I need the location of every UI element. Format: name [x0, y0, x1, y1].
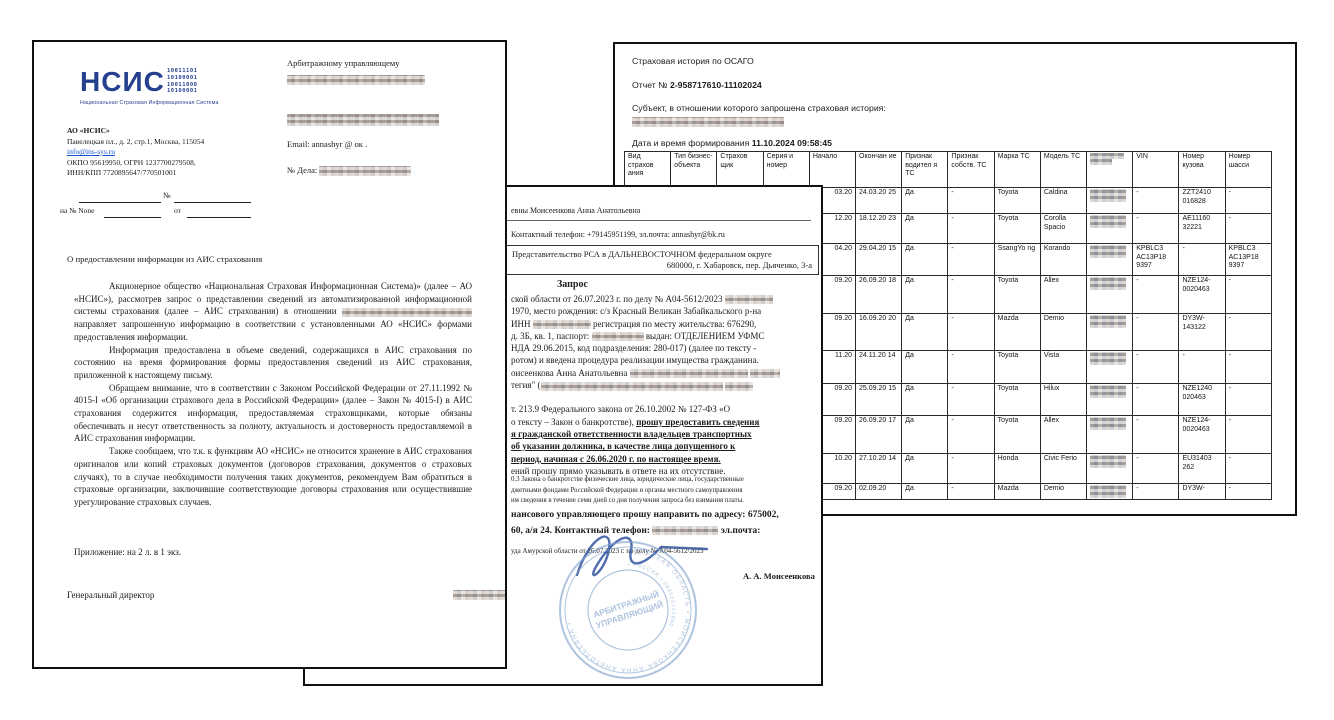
table-header-cell — [1087, 152, 1133, 188]
recipient-line1: Арбитражному управляющему — [287, 57, 400, 69]
table-header-cell: Вид страхов ания — [625, 152, 671, 188]
table-cell: Да — [902, 384, 948, 416]
table-cell: 29.04.20 15 — [856, 244, 902, 276]
table-cell: Honda — [994, 454, 1040, 484]
report-number-label: Отчет № — [632, 80, 668, 90]
letter-paragraph: Акционерное общество «Национальная Страх… — [74, 280, 472, 344]
text-segment: эл.почта: — [718, 526, 760, 536]
table-cell: 18.12.20 23 — [856, 214, 902, 244]
table-cell — [1087, 314, 1133, 351]
redacted-cell-content — [1090, 455, 1126, 468]
table-cell: - — [1133, 454, 1179, 484]
table-header-cell: Марка ТС — [994, 152, 1040, 188]
case-label: № Дела: — [287, 165, 317, 175]
arbitration-manager-stamp: АМУРСКАЯ ОБЛАСТЬ • МОИСЕЕНКОВА АННА АНАТ… — [555, 537, 701, 683]
rsa-office-line1: Представительство РСА в ДАЛЬНЕВОСТОЧНОМ … — [512, 249, 812, 260]
letter-paragraph: Информация предоставлена в объеме сведен… — [74, 344, 472, 382]
table-cell: Korando — [1040, 244, 1086, 276]
table-cell: Toyota — [994, 188, 1040, 214]
table-cell: 24.03.20 25 — [856, 188, 902, 214]
logo-binary-row: 10011101 — [167, 68, 198, 75]
table-cell: 26.09.20 17 — [856, 416, 902, 454]
table-header-cell: Признак водител я ТС — [902, 152, 948, 188]
logo-binary-row: 10100001 — [167, 88, 198, 95]
redacted-text — [750, 369, 780, 378]
request-line: ИНН регистрация по месту жительства: 676… — [511, 318, 780, 330]
table-cell — [1087, 214, 1133, 244]
request-line: тегия" ( — [511, 379, 780, 391]
ref-blank-line — [187, 216, 251, 218]
text-segment: ской области от 26.07.2023 г. по делу № … — [511, 294, 725, 304]
table-cell: NZE124-0020463 — [1179, 276, 1225, 314]
ref-ot-label: от — [174, 206, 181, 215]
table-cell: Toyota — [994, 214, 1040, 244]
redacted-text — [342, 308, 472, 317]
table-cell: Mazda — [994, 314, 1040, 351]
table-cell: EU31403 262 — [1179, 454, 1225, 484]
table-cell: - — [1225, 351, 1271, 384]
table-cell: KPBLC3 AC13P18 9397 — [1133, 244, 1179, 276]
table-cell — [1087, 188, 1133, 214]
text-segment: Также сообщаем, что т.к. к функциям АО «… — [74, 446, 472, 507]
redacted-cell-content — [1090, 245, 1126, 258]
request-fine-line: им сведения в течение семи дней со дня п… — [511, 496, 744, 507]
table-header-cell: Признак собств. ТС — [948, 152, 994, 188]
letter-body: Акционерное общество «Национальная Страх… — [74, 280, 472, 509]
table-cell — [1087, 384, 1133, 416]
table-cell: - — [1225, 454, 1271, 484]
signatory-row: Генеральный директор — [67, 590, 507, 600]
table-cell: DY3W-143122 — [1179, 314, 1225, 351]
report-generated-line: Дата и время формирования 11.10.2024 09:… — [632, 138, 832, 148]
request-line: 1970, место рождения: с/з Красный Велика… — [511, 305, 780, 317]
table-cell: Toyota — [994, 351, 1040, 384]
text-segment: регистрация по месту жительства: 676290, — [591, 319, 756, 329]
redacted-cell-content — [1090, 189, 1126, 202]
table-cell: NZE124-0020463 — [1179, 416, 1225, 454]
table-cell: - — [1225, 384, 1271, 416]
table-cell: Да — [902, 214, 948, 244]
table-cell: - — [948, 384, 994, 416]
ref-blank-line — [79, 201, 161, 203]
table-cell: Toyota — [994, 276, 1040, 314]
request-line: об указании должника, в качестве лица до… — [511, 440, 780, 452]
text-segment: я гражданской ответственности владельцев… — [511, 429, 752, 439]
redacted-signatory-name — [453, 590, 507, 600]
redacted-cell-content — [1090, 385, 1126, 398]
table-cell: - — [1133, 276, 1179, 314]
letter-subject: О предоставлении информации из АИС страх… — [67, 254, 262, 264]
table-cell: - — [1179, 351, 1225, 384]
text-segment: прошу предоставить сведения — [636, 417, 759, 427]
sender-details: АО «НСИС» Павелецкая пл., д. 2, стр.1, М… — [67, 126, 204, 179]
table-cell — [1087, 484, 1133, 500]
table-cell — [1087, 416, 1133, 454]
table-cell: Да — [902, 314, 948, 351]
redacted-recipient-detail — [287, 114, 439, 126]
table-cell — [1087, 244, 1133, 276]
report-number-value: 2-958717610-11102024 — [670, 80, 762, 90]
table-cell: 25.09.20 15 — [856, 384, 902, 416]
text-segment: направляет запрошенную информацию в соот… — [74, 319, 472, 342]
request-line: я гражданской ответственности владельцев… — [511, 428, 780, 440]
request-line: т. 213.9 Федерального закона от 26.10.20… — [511, 403, 780, 415]
table-cell: - — [948, 454, 994, 484]
table-cell: Да — [902, 244, 948, 276]
table-cell: KPBLC3 AC13P18 9397 — [1225, 244, 1271, 276]
ref-na-no-label: на № None — [60, 206, 95, 215]
table-cell: - — [1133, 384, 1179, 416]
text-segment: нансового управляющего прошу направить п… — [511, 510, 779, 520]
table-cell: - — [948, 314, 994, 351]
table-header-cell: Тип бизнес-объекта — [671, 152, 717, 188]
report-subject-label: Субъект, в отношении которого запрошена … — [632, 103, 886, 113]
sender-address: Павелецкая пл., д. 2, стр.1, Москва, 115… — [67, 137, 204, 148]
table-cell: - — [1133, 416, 1179, 454]
report-title: Страховая история по ОСАГО — [632, 56, 754, 66]
report-generated-value: 11.10.2024 09:58:45 — [752, 138, 832, 148]
table-cell: - — [1225, 484, 1271, 500]
redacted-text — [630, 369, 748, 378]
redacted-text — [725, 295, 773, 304]
ref-blank-line — [174, 201, 251, 203]
redacted-subject-name — [632, 117, 784, 127]
table-header-cell: Страхов щик — [717, 152, 763, 188]
request-line: НДА 29.06.2015, код подразделения: 280-0… — [511, 342, 780, 354]
text-segment: Информация предоставлена в объеме сведен… — [74, 345, 472, 380]
rsa-office-box: Представительство РСА в ДАЛЬНЕВОСТОЧНОМ … — [505, 245, 819, 275]
table-cell: - — [1225, 314, 1271, 351]
text-segment: Обращаем внимание, что в соответствии с … — [74, 383, 472, 444]
table-cell: Да — [902, 276, 948, 314]
table-cell — [1087, 351, 1133, 384]
sender-okpo-ogrn: ОКПО 95619950, ОГРН 1237700279508, — [67, 158, 204, 169]
redacted-cell-content — [1090, 352, 1126, 365]
redacted-text — [541, 382, 723, 391]
ref-blank-line — [104, 216, 161, 218]
table-cell: SsangYo ng — [994, 244, 1040, 276]
request-line: оисеенкова Анна Анатольевна — [511, 367, 780, 379]
table-header-cell: Начало — [809, 152, 855, 188]
table-cell: - — [1225, 416, 1271, 454]
table-header-cell: Окончан ие — [856, 152, 902, 188]
request-line: ской области от 26.07.2023 г. по делу № … — [511, 293, 780, 305]
table-cell: Да — [902, 484, 948, 500]
redacted-cell-content — [1090, 215, 1126, 228]
text-segment: ротом) и введена процедура реализации им… — [511, 355, 759, 365]
redacted-cell-content — [1090, 315, 1126, 328]
table-cell: Mazda — [994, 484, 1040, 500]
table-cell: Allex — [1040, 416, 1086, 454]
sender-org: АО «НСИС» — [67, 126, 204, 137]
table-cell: Hilux — [1040, 384, 1086, 416]
table-cell: - — [948, 416, 994, 454]
recipient-email: Email: annashyr @ ок . — [287, 138, 367, 150]
table-cell: - — [1133, 214, 1179, 244]
text-segment: д. 3Б, кв. 1, паспорт: — [511, 331, 592, 341]
table-cell: - — [1133, 351, 1179, 384]
table-cell: Да — [902, 351, 948, 384]
table-cell: Demio — [1040, 484, 1086, 500]
page-nsis-letter: НСИС 10011101101000011001100010100001 На… — [32, 40, 507, 669]
report-generated-label: Дата и время формирования — [632, 138, 749, 148]
table-header-cell: Серия и номер — [763, 152, 809, 188]
table-header-cell: Номер шасси — [1225, 152, 1271, 188]
text-segment: НДА 29.06.2015, код подразделения: 280-0… — [511, 343, 756, 353]
table-cell: - — [948, 351, 994, 384]
table-cell: Да — [902, 454, 948, 484]
table-cell — [1087, 276, 1133, 314]
table-cell: - — [948, 484, 994, 500]
request-fine-line: джетными фондами Российской Федерации и … — [511, 486, 744, 497]
sender-email-link[interactable]: info@ins-sys.ru — [67, 147, 204, 158]
request-fine-print: 0.3 Закона о банкротстве физические лица… — [511, 475, 744, 507]
nsis-logo-tagline: Национальная Страховая Информационная Си… — [80, 100, 219, 106]
documents-screenshot: Страховая история по ОСАГО Отчет № 2-958… — [0, 0, 1334, 720]
table-cell: - — [948, 276, 994, 314]
table-cell: DY3W- — [1179, 484, 1225, 500]
table-cell: - — [1225, 276, 1271, 314]
request-line: ротом) и введена процедура реализации им… — [511, 354, 780, 366]
ref-no-label: № — [163, 191, 171, 200]
table-cell: - — [948, 188, 994, 214]
table-cell: - — [1133, 484, 1179, 500]
rsa-office-line2: 680000, г. Хабаровск, пер. Дьяченко, 3-а — [512, 260, 812, 271]
redacted-case-number — [319, 166, 411, 176]
redacted-recipient-name — [287, 75, 425, 85]
table-header-cell: Номер кузова — [1179, 152, 1225, 188]
table-cell: - — [1133, 314, 1179, 351]
table-cell: NZE1240 020463 — [1179, 384, 1225, 416]
text-segment: период, начиная с 26.06.2020 г. по насто… — [511, 454, 721, 464]
table-header-cell: Модель ТС — [1040, 152, 1086, 188]
table-cell: - — [1179, 244, 1225, 276]
nsis-logo: НСИС — [80, 66, 165, 98]
request-fine-line: 0.3 Закона о банкротстве физические лица… — [511, 475, 744, 486]
table-cell — [1087, 454, 1133, 484]
text-segment: о тексту – Закон о банкротстве), — [511, 417, 636, 427]
table-cell: Toyota — [994, 384, 1040, 416]
request-contact-line: Контактный телефон: +79145951199, эл.поч… — [511, 229, 725, 241]
table-cell: - — [948, 244, 994, 276]
text-segment: тегия" ( — [511, 380, 541, 390]
table-cell: Corolla Spacio — [1040, 214, 1086, 244]
table-cell: - — [1225, 188, 1271, 214]
table-cell: Allex — [1040, 276, 1086, 314]
redacted-text — [592, 332, 644, 341]
request-top-name: евны Моисеенкова Анна Анатольевна — [511, 205, 640, 217]
table-cell: 24.11.20 14 — [856, 351, 902, 384]
text-segment: об указании должника, в качестве лица до… — [511, 441, 735, 451]
logo-binary-row: 10011000 — [167, 82, 198, 89]
request-line: д. 3Б, кв. 1, паспорт: выдан: ОТДЕЛЕНИЕМ… — [511, 330, 780, 342]
table-cell: AE11160 32221 — [1179, 214, 1225, 244]
sender-inn-kpp: ИНН/КПП 7720895647/770501001 — [67, 168, 204, 179]
table-cell: 02.09.20 — [856, 484, 902, 500]
redacted-cell-content — [1090, 417, 1126, 430]
logo-binary-row: 10100001 — [167, 75, 198, 82]
request-title: Запрос — [557, 279, 588, 290]
table-cell: - — [1225, 214, 1271, 244]
text-segment: оисеенкова Анна Анатольевна — [511, 368, 630, 378]
table-header-cell: VIN — [1133, 152, 1179, 188]
table-cell: Да — [902, 188, 948, 214]
request-signer-name: А. А. Моисеенкова — [743, 571, 815, 581]
table-cell: - — [1133, 188, 1179, 214]
redacted-cell-content — [1090, 485, 1126, 498]
table-cell: 26.09.20 18 — [856, 276, 902, 314]
request-line: период, начиная с 26.06.2020 г. по насто… — [511, 453, 780, 465]
letter-paragraph: Также сообщаем, что т.к. к функциям АО «… — [74, 445, 472, 509]
redacted-cell-content — [1090, 159, 1112, 165]
table-cell: Caldina — [1040, 188, 1086, 214]
table-cell: Civic Ferio — [1040, 454, 1086, 484]
report-number-line: Отчет № 2-958717610-11102024 — [632, 80, 762, 90]
table-cell: Vista — [1040, 351, 1086, 384]
recipient-case-line: № Дела: — [287, 164, 411, 176]
table-cell: Toyota — [994, 416, 1040, 454]
table-cell: 27.10.20 14 — [856, 454, 902, 484]
divider-line — [505, 220, 811, 221]
text-segment: ИНН — [511, 319, 533, 329]
redacted-cell-content — [1090, 277, 1126, 290]
table-cell: 16.09.20 20 — [856, 314, 902, 351]
table-header-row: Вид страхов анияТип бизнес-объектаСтрахо… — [625, 152, 1272, 188]
text-segment: т. 213.9 Федерального закона от 26.10.20… — [511, 404, 730, 414]
table-cell: ZZT2410 016828 — [1179, 188, 1225, 214]
request-line: о тексту – Закон о банкротстве), прошу п… — [511, 416, 780, 428]
redacted-text — [533, 320, 591, 329]
redacted-text — [725, 382, 753, 391]
letter-paragraph: Обращаем внимание, что в соответствии с … — [74, 382, 472, 446]
nsis-logo-binary-icon: 10011101101000011001100010100001 — [167, 68, 198, 95]
request-body: ской области от 26.07.2023 г. по делу № … — [511, 293, 780, 477]
table-cell: Да — [902, 416, 948, 454]
text-segment: 1970, место рождения: с/з Красный Велика… — [511, 306, 761, 316]
text-segment: выдан: ОТДЕЛЕНИЕМ УФМС — [644, 331, 765, 341]
table-cell: - — [948, 214, 994, 244]
table-cell: Demio — [1040, 314, 1086, 351]
attachment-note: Приложение: на 2 л. в 1 экз. — [74, 547, 181, 557]
signatory-title: Генеральный директор — [67, 590, 154, 600]
